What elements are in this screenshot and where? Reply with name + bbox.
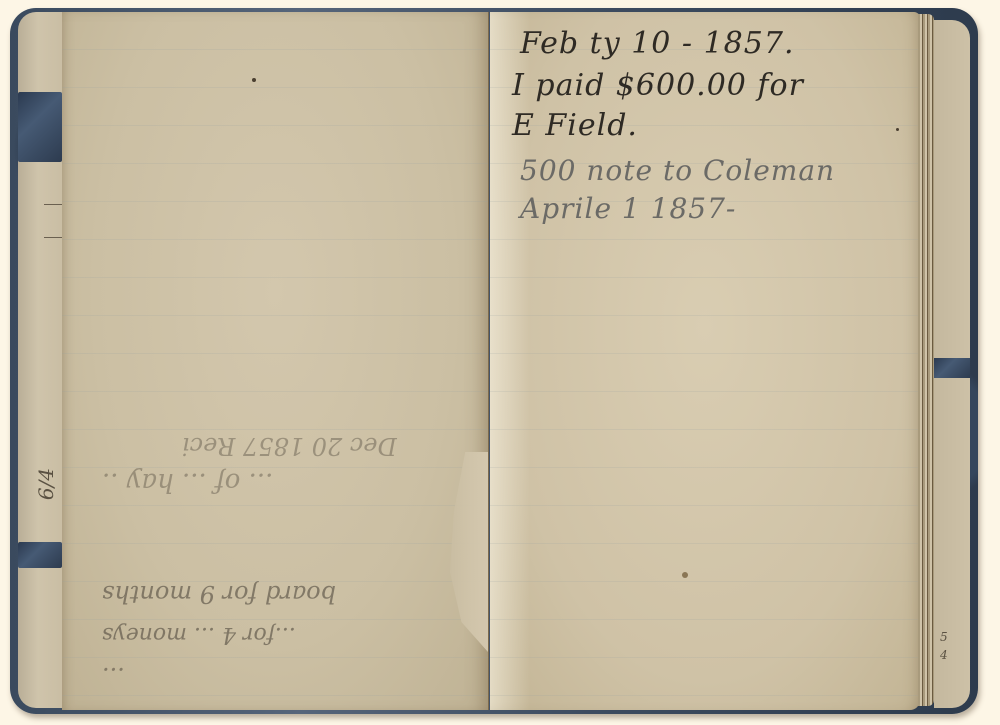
bleed-through-line: ...for 4 ... moneys — [102, 622, 296, 647]
stub-mark: 5 — [940, 630, 948, 644]
left-page-stub: 4 18 2 20 6/4 — [18, 12, 68, 708]
bleed-through-line: board for 9 months — [102, 580, 336, 608]
ink-entry-payee: E Field. — [512, 108, 638, 143]
right-page-stub: 5 4 — [934, 20, 970, 708]
page-block-edges — [918, 14, 934, 706]
paper-spot — [682, 572, 688, 578]
paper-spot — [896, 128, 899, 131]
cover-marbling-patch — [934, 358, 970, 378]
notebook: 4 18 2 20 6/4 Dec 20 1857 Reci ... of ..… — [10, 8, 985, 718]
bleed-through-line: Dec 20 1857 Reci — [182, 432, 397, 460]
bleed-through-line: ... of ... hay .. — [102, 467, 273, 497]
pencil-entry-date: Aprile 1 1857- — [520, 192, 736, 225]
left-page: Dec 20 1857 Reci ... of ... hay .. board… — [62, 12, 489, 710]
paper-spot — [252, 78, 256, 82]
ink-entry-date: Feb ty 10 - 1857. — [520, 26, 794, 61]
bleed-through-line: ... — [102, 662, 125, 690]
right-page: Feb ty 10 - 1857. I paid $600.00 for E F… — [490, 12, 920, 710]
margin-note: 6/4 — [34, 468, 58, 500]
stub-mark: 4 — [940, 648, 948, 662]
pencil-entry-note: 500 note to Coleman — [520, 154, 835, 187]
cover-marbling-patch — [18, 92, 62, 162]
ink-entry-payment: I paid $600.00 for — [512, 68, 804, 103]
cover-marbling-patch — [18, 542, 62, 568]
